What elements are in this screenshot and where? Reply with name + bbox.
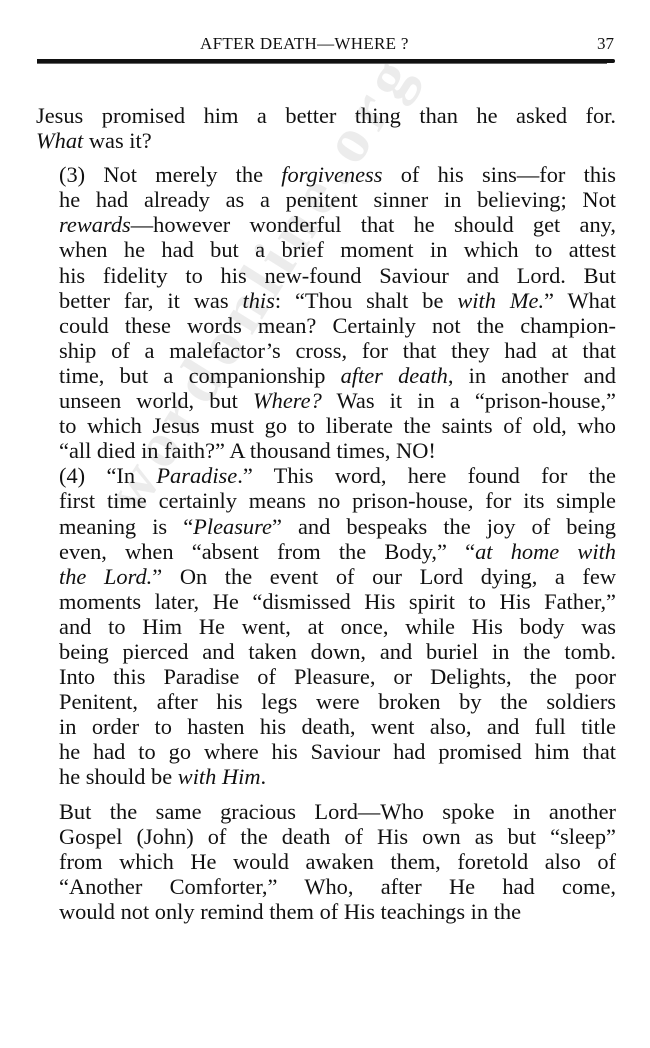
text-run: , in another and: [448, 363, 616, 388]
text-run: (3) Not merely the: [59, 162, 281, 187]
italic-text: forgiveness: [281, 162, 382, 187]
text-run: first time certainly means no prison-hou…: [59, 488, 616, 513]
book-page: wordonline.org AFTER DEATH—WHERE ? 37 Je…: [0, 0, 650, 1048]
text-line: in order to hasten his death, went also,…: [36, 714, 616, 739]
text-line: “Another Comforter,” Who, after He had c…: [36, 874, 616, 899]
italic-text: at home with: [475, 539, 616, 564]
text-run: and to Him He went, at once, while His b…: [59, 614, 616, 639]
text-run: Was it in a “prison-house,”: [322, 388, 616, 413]
text-line: Jesus promised him a better thing than h…: [36, 103, 616, 128]
text-line: Gospel (John) of the death of His own as…: [36, 824, 616, 849]
italic-text: Where?: [253, 388, 322, 413]
paragraph-continuation: Jesus promised him a better thing than h…: [36, 103, 616, 153]
text-run: meaning is “: [59, 514, 193, 539]
page-number: 37: [597, 34, 614, 54]
header-rule: [37, 59, 615, 63]
text-line: when he had but a brief moment in which …: [36, 237, 616, 262]
italic-text: Pleasure: [193, 514, 272, 539]
text-run: could these words mean? Certainly not th…: [59, 313, 616, 338]
text-run: time, but a companionship: [59, 363, 341, 388]
text-run: would not only remind them of His teachi…: [59, 899, 521, 924]
text-run: ” On the event of our Lord dying, a few: [152, 564, 616, 589]
text-run: of his sins—for this: [382, 162, 616, 187]
text-run: “Another Comforter,” Who, after He had c…: [59, 874, 616, 899]
text-run: moments later, He “dismissed His spirit …: [59, 589, 616, 614]
text-run: he should be: [59, 764, 178, 789]
text-run: he had to go where his Saviour had promi…: [59, 739, 616, 764]
text-run: when he had but a brief moment in which …: [59, 237, 616, 262]
text-line: But the same gracious Lord—Who spoke in …: [36, 799, 616, 824]
text-run: was it?: [83, 128, 151, 153]
text-line: his fidelity to his new-found Saviour an…: [36, 263, 616, 288]
text-line: to which Jesus must go to liberate the s…: [36, 413, 616, 438]
italic-text: the Lord.: [59, 564, 152, 589]
text-line: from which He would awaken them, foretol…: [36, 849, 616, 874]
text-line: first time certainly means no prison-hou…: [36, 488, 616, 513]
text-run: he had already as a penitent sinner in b…: [59, 187, 616, 212]
text-line: even, when “absent from the Body,” “at h…: [36, 539, 616, 564]
running-title: AFTER DEATH—WHERE ?: [200, 34, 409, 54]
text-line: moments later, He “dismissed His spirit …: [36, 589, 616, 614]
text-line: could these words mean? Certainly not th…: [36, 313, 616, 338]
text-run: ship of a malefactor’s cross, for that t…: [59, 338, 616, 363]
text-run: Penitent, after his legs were broken by …: [59, 689, 616, 714]
text-line: the Lord.” On the event of our Lord dyin…: [36, 564, 616, 589]
text-line: (3) Not merely the forgiveness of his si…: [36, 162, 616, 187]
text-run: Gospel (John) of the death of His own as…: [59, 824, 616, 849]
text-run: to which Jesus must go to liberate the s…: [59, 413, 616, 438]
italic-text: Paradise: [156, 463, 237, 488]
text-run: from which He would awaken them, foretol…: [59, 849, 616, 874]
text-line: What was it?: [36, 128, 616, 153]
text-run: Into this Paradise of Pleasure, or Delig…: [59, 664, 616, 689]
text-line: he had to go where his Saviour had promi…: [36, 739, 616, 764]
text-run: “all died in faith?” A thousand times, N…: [59, 438, 436, 463]
text-line: unseen world, but Where? Was it in a “pr…: [36, 388, 616, 413]
text-run: being pierced and taken down, and buriel…: [59, 639, 616, 664]
paragraph-comforter: But the same gracious Lord—Who spoke in …: [36, 799, 616, 924]
text-line: (4) “In Paradise.” This word, here found…: [36, 463, 616, 488]
text-line: better far, it was this: “Thou shalt be …: [36, 288, 616, 313]
text-run: But the same gracious Lord—Who spoke in …: [59, 799, 616, 824]
italic-text: rewards: [59, 212, 131, 237]
text-run: .: [261, 764, 267, 789]
italic-text: What: [36, 128, 83, 153]
text-line: he should be with Him.: [36, 764, 616, 789]
text-run: ” and bespeaks the joy of being: [272, 514, 616, 539]
text-run: .” This word, here found for the: [237, 463, 616, 488]
text-run: in order to hasten his death, went also,…: [59, 714, 616, 739]
italic-text: after death: [341, 363, 448, 388]
text-run: : “Thou shalt be: [275, 288, 458, 313]
italic-text: with Him: [178, 764, 261, 789]
text-run: better far, it was: [59, 288, 242, 313]
text-line: ship of a malefactor’s cross, for that t…: [36, 338, 616, 363]
paragraph-point-4: (4) “In Paradise.” This word, here found…: [36, 463, 616, 789]
text-line: he had already as a penitent sinner in b…: [36, 187, 616, 212]
text-run: ” What: [544, 288, 616, 313]
text-run: his fidelity to his new-found Saviour an…: [59, 263, 616, 288]
text-run: —however wonderful that he should get an…: [131, 212, 616, 237]
body-text: Jesus promised him a better thing than h…: [36, 103, 616, 924]
text-run: (4) “In: [59, 463, 156, 488]
text-line: being pierced and taken down, and buriel…: [36, 639, 616, 664]
text-line: would not only remind them of His teachi…: [36, 899, 616, 924]
italic-text: with Me.: [457, 288, 544, 313]
text-line: Penitent, after his legs were broken by …: [36, 689, 616, 714]
text-line: Into this Paradise of Pleasure, or Delig…: [36, 664, 616, 689]
text-line: “all died in faith?” A thousand times, N…: [36, 438, 616, 463]
text-line: time, but a companionship after death, i…: [36, 363, 616, 388]
text-run: Jesus promised him a better thing than h…: [36, 103, 616, 128]
text-line: and to Him He went, at once, while His b…: [36, 614, 616, 639]
text-line: rewards—however wonderful that he should…: [36, 212, 616, 237]
italic-text: this: [242, 288, 274, 313]
running-header: AFTER DEATH—WHERE ? 37: [37, 34, 614, 58]
text-run: even, when “absent from the Body,” “: [59, 539, 475, 564]
text-line: meaning is “Pleasure” and bespeaks the j…: [36, 514, 616, 539]
text-run: unseen world, but: [59, 388, 253, 413]
paragraph-point-3: (3) Not merely the forgiveness of his si…: [36, 162, 616, 463]
